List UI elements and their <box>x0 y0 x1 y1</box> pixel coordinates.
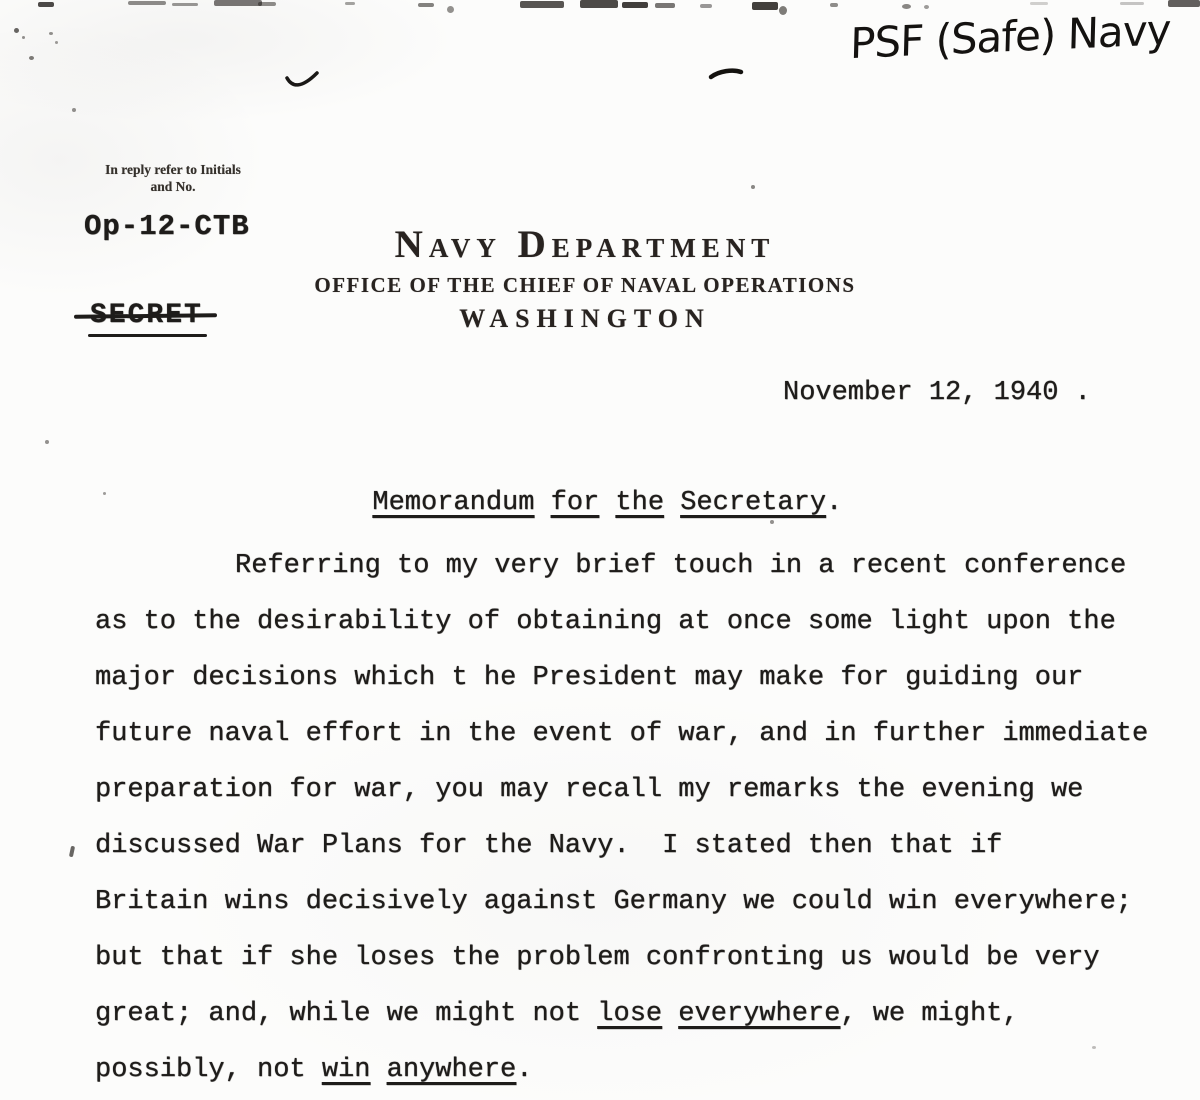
underlined-word: everywhere <box>678 999 840 1029</box>
classification-word: SECRET <box>90 300 203 337</box>
body-line: discussed War Plans for the Navy. I stat… <box>95 818 1175 874</box>
scan-speck <box>622 2 648 8</box>
subject-period: . <box>826 488 842 518</box>
body-line: possibly, not winanywhere. <box>95 1042 1175 1098</box>
scan-speck <box>72 108 76 112</box>
scanned-memo-page: { "annotations": { "archival_note": "PSF… <box>0 0 1200 1100</box>
memo-body: Referring to my very brief touch in a re… <box>95 538 1175 1098</box>
body-line: great; and, while we might not loseevery… <box>95 986 1175 1042</box>
body-line: as to the desirability of obtaining at o… <box>95 594 1175 650</box>
handwritten-dash <box>711 71 741 77</box>
body-line: Britain wins decisively against Germany … <box>95 874 1175 930</box>
body-text: . <box>516 1055 532 1085</box>
subject-word: Secretary <box>680 488 826 518</box>
scan-speck <box>700 4 712 8</box>
body-line: but that if she loses the problem confro… <box>95 930 1175 986</box>
scan-speck <box>752 2 778 10</box>
scan-speck <box>22 36 25 39</box>
scan-speck <box>103 492 106 495</box>
scan-speck <box>214 0 262 6</box>
scan-speck <box>779 6 787 15</box>
scan-speck <box>924 5 929 9</box>
scan-speck <box>258 2 276 6</box>
scan-speck <box>172 3 198 6</box>
reply-note-line2: and No. <box>82 178 264 195</box>
reply-reference-note: In reply refer to Initials and No. <box>82 161 264 195</box>
reply-note-line1: In reply refer to Initials <box>82 161 264 178</box>
underlined-word: anywhere <box>387 1055 517 1085</box>
underlined-word: lose <box>597 999 662 1029</box>
body-line: Referring to my very brief touch in a re… <box>95 538 1175 594</box>
checkmark-stroke <box>287 73 317 85</box>
subject-word: Memorandum <box>372 488 534 518</box>
subject-word: the <box>615 488 664 518</box>
memo-date: November 12, 1940 . <box>783 378 1091 408</box>
body-text: , we might, <box>840 999 1018 1029</box>
scan-speck <box>520 1 564 8</box>
scan-speck <box>902 4 911 9</box>
body-text: possibly, not <box>95 1055 322 1085</box>
scan-speck <box>38 2 54 7</box>
scan-speck <box>345 2 355 5</box>
scan-speck <box>29 56 34 60</box>
memo-subject: MemorandumfortheSecretary. <box>340 458 842 518</box>
body-line: future naval effort in the event of war,… <box>95 706 1175 762</box>
body-line: preparation for war, you may recall my r… <box>95 762 1175 818</box>
classification-stamp: SECRET <box>90 300 203 337</box>
subject-word: for <box>551 488 600 518</box>
scan-speck <box>580 0 618 8</box>
underlined-word: win <box>322 1055 371 1085</box>
scan-speck <box>49 32 53 35</box>
scan-speck <box>69 846 75 858</box>
scan-speck <box>830 3 838 7</box>
scan-speck <box>418 3 434 7</box>
scan-speck <box>45 440 49 444</box>
scan-speck <box>55 41 58 44</box>
office-name: OFFICE OF THE CHIEF OF NAVAL OPERATIONS <box>0 273 1170 297</box>
scan-speck <box>770 520 774 524</box>
underline-line <box>88 334 207 337</box>
scan-speck <box>14 28 19 33</box>
body-line: major decisions which t he President may… <box>95 650 1175 706</box>
department-name: Navy Department <box>0 224 1170 266</box>
scan-speck <box>128 1 166 5</box>
scan-speck <box>751 185 755 189</box>
handwritten-archival-note: PSF (Safe) Navy <box>849 0 1200 74</box>
body-text: great; and, while we might not <box>95 999 597 1029</box>
scan-speck <box>655 3 675 8</box>
scan-speck <box>447 6 454 13</box>
